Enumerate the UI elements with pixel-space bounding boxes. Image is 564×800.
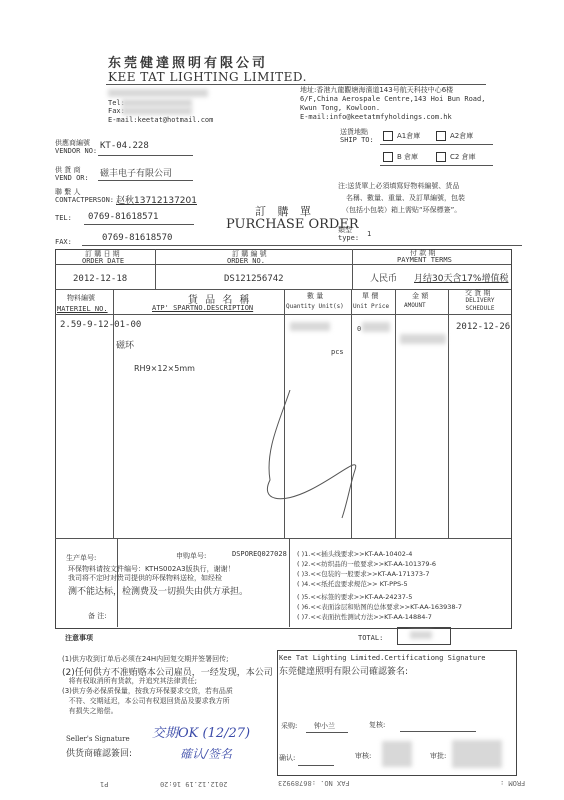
fax-footer-datetime: 2012.12.19 16:20: [160, 779, 227, 788]
confirm-label: 确认:: [279, 754, 295, 763]
notes-3: 将有权取消所有货款，并追究其法律责任;: [62, 677, 197, 686]
redacted-audit-signature: [382, 741, 412, 767]
fax-label: FAX:: [55, 238, 72, 247]
production-no-label: 生产单号:: [66, 554, 96, 563]
req-1[interactable]: ( )1.<<插头线要求>>KT-AA-10402-4: [297, 550, 412, 559]
redacted-quantity: [290, 322, 330, 331]
fax-footer-number: FAX NO. :86789923: [278, 778, 350, 787]
req-7[interactable]: ( )7.<<表面抗性测试方法>>KT-AA-14884-7: [297, 613, 432, 622]
col-desc-en: ATP' SPARTNO.DESCRIPTION: [152, 304, 253, 313]
redacted-address: [108, 89, 208, 97]
req-5[interactable]: ( )5.<<标签的要求>>KT-AA-24237-5: [297, 593, 412, 602]
certification-title-en: Kee Tat Lighting Limited.Certificationg …: [279, 654, 486, 663]
tel-label: TEL:: [55, 214, 72, 223]
note-line-3: （包括小包裝）箱上需贴“环保標簽”。: [342, 206, 461, 215]
fax-footer-page: P1: [100, 779, 108, 788]
col-amount-en: AMOUNT: [404, 301, 426, 310]
order-date-label-en: ORDER DATE: [82, 257, 124, 266]
ship-to-a2[interactable]: A2倉庫: [436, 131, 473, 141]
row-materiel-no: 2.59-9-12-01-00: [60, 320, 141, 330]
redacted-fax: [122, 107, 192, 115]
notes-title: 注意事项: [65, 634, 93, 643]
vendor-fax: 0769-81618570: [102, 233, 172, 243]
payment-label-en: PAYMENT TERMS: [397, 256, 452, 265]
vendor-label-en: VEND OR:: [55, 174, 89, 183]
contact-person: 赵秋13712137201: [116, 193, 197, 206]
company-name-cn: 东莞健達照明有限公司: [108, 52, 268, 71]
remarks-label: 备 注:: [88, 612, 107, 621]
order-date: 2012-12-18: [73, 274, 127, 284]
ship-to-a1[interactable]: A1倉庫: [383, 131, 420, 141]
note-line-2: 名稱、數量、重量、及訂單編號，包裝: [346, 194, 465, 203]
buyer-name: 钟小兰: [314, 722, 335, 731]
redacted-approve-signature: [452, 740, 502, 768]
total-label: TOTAL:: [358, 634, 383, 643]
audit-label: 审核:: [355, 752, 371, 761]
checkbox-b[interactable]: [383, 152, 393, 162]
col-price-en: Unit Price: [353, 302, 389, 311]
certification-title-cn: 东莞健達照明有限公司確認簽名:: [279, 664, 408, 677]
fax-footer-from: FROM :: [500, 778, 525, 787]
strike-scribble: [230, 390, 430, 530]
ship-to-label-en: SHIP TO:: [340, 136, 374, 145]
approve-label: 审批:: [430, 752, 446, 761]
col-qty-cn: 數 量: [307, 292, 323, 301]
purchase-no: DSPOREQ027028: [232, 550, 287, 559]
currency: 人民币: [370, 271, 397, 284]
col-price-cn: 單 價: [362, 292, 378, 301]
note-line-1: 注:送货單上必須填寫好物料編號、货品: [338, 182, 459, 191]
col-delivery-en: DELIVERY SCHEDULE: [452, 297, 508, 313]
type-value: 1: [367, 230, 371, 239]
seller-handwriting-1: 交期OK (12/27): [152, 722, 250, 741]
ship-to-c2[interactable]: C2 倉庫: [436, 152, 476, 162]
row-unit: pcs: [331, 348, 344, 357]
purchase-no-label: 申购单号:: [176, 552, 206, 561]
type-label-en: type:: [338, 234, 359, 243]
env-note-3: 测不能达标，检测费及一切损失由供方承担。: [68, 584, 248, 597]
vendor-no: KT-04.228: [100, 141, 149, 151]
checkbox-c2[interactable]: [436, 152, 446, 162]
row-spec: RH9×12×5mm: [134, 364, 195, 373]
seller-signature-label-cn: 供货商確認簽回:: [66, 746, 132, 759]
col-materiel-en: MATERIEL NO.: [57, 305, 108, 314]
order-no-label-en: ORDER NO.: [227, 257, 265, 266]
redacted-unit-price: [362, 322, 390, 332]
company-email: E-mail:keetat@hotmail.com: [108, 116, 213, 125]
seller-handwriting-2: 確认/签名: [180, 745, 232, 762]
req-3[interactable]: ( )3.<<包装的一般要求>>KT-AA-171373-7: [297, 570, 430, 579]
notes-5: 不符、交期延迟，本公司有权退回货品及要求我方所: [62, 697, 230, 706]
checkbox-a2[interactable]: [436, 131, 446, 141]
row-delivery: 2012-12-26: [456, 322, 510, 332]
redacted-tel: [122, 99, 192, 107]
hk-email: E-mail:info@keetatmfyholdings.com.hk: [300, 113, 452, 122]
req-6[interactable]: ( )6.<<表面涂层和贴图的总体要求>>KT-AA-163938-7: [297, 603, 462, 612]
req-4[interactable]: ( )4.<<纸托盘要求规范>> KT-PPS-5: [297, 580, 408, 589]
hk-address-en2: Kwun Tong, Kowloon.: [300, 104, 380, 113]
hk-address-en1: 6/F,China Aerospale Centre,143 Hoi Bun R…: [300, 95, 485, 104]
vendor-name: 磁丰电子有限公司: [100, 166, 172, 179]
col-qty-en: Quantity Unit(s): [286, 302, 344, 311]
notes-6: 有损失之赔偿。: [62, 707, 118, 716]
seller-signature-label-en: Seller's Signature: [66, 735, 130, 744]
contact-label-en: CONTACTPERSON:: [55, 196, 114, 205]
ship-to-b[interactable]: B 倉庫: [383, 152, 418, 162]
company-name-en: KEE TAT LIGHTING LIMITED.: [108, 70, 307, 84]
req-2[interactable]: ( )2.<<纺织品的一般要求>>KT-AA-101379-6: [297, 560, 436, 569]
buyer-label: 采购:: [281, 722, 297, 731]
col-materiel-cn: 物料編號: [67, 294, 95, 303]
hk-address-cn: 地址:香港九龍觀塘海濱道143号航天科技中心6楼: [300, 86, 453, 95]
redacted-total: [410, 631, 432, 639]
notes-4: (3)供方务必保质保量，按我方环保要求交货，若有品质: [62, 687, 233, 696]
col-amount-cn: 金 額: [412, 292, 428, 301]
vendor-no-label-en: VENDOR NO:: [55, 147, 97, 156]
env-note-2: 我司将不定时对贵司提供的环保物料送检，如经检: [68, 574, 222, 583]
payment-terms: 月结30天含17%增值税: [414, 271, 508, 284]
review-label: 复核:: [369, 721, 385, 730]
redacted-amount: [400, 334, 446, 344]
order-no: DS121256742: [224, 274, 284, 284]
notes-1: (1)供方收到订单后必须在24H内回复交期并签署回传;: [62, 655, 228, 664]
checkbox-a1[interactable]: [383, 131, 393, 141]
row-unit-price: 0: [357, 325, 361, 334]
env-note-1: 环保物料请按文件编号：KTHS002A3版执行，谢谢！: [68, 565, 235, 574]
row-name: 磁环: [116, 338, 134, 351]
vendor-tel: 0769-81618571: [88, 212, 158, 222]
